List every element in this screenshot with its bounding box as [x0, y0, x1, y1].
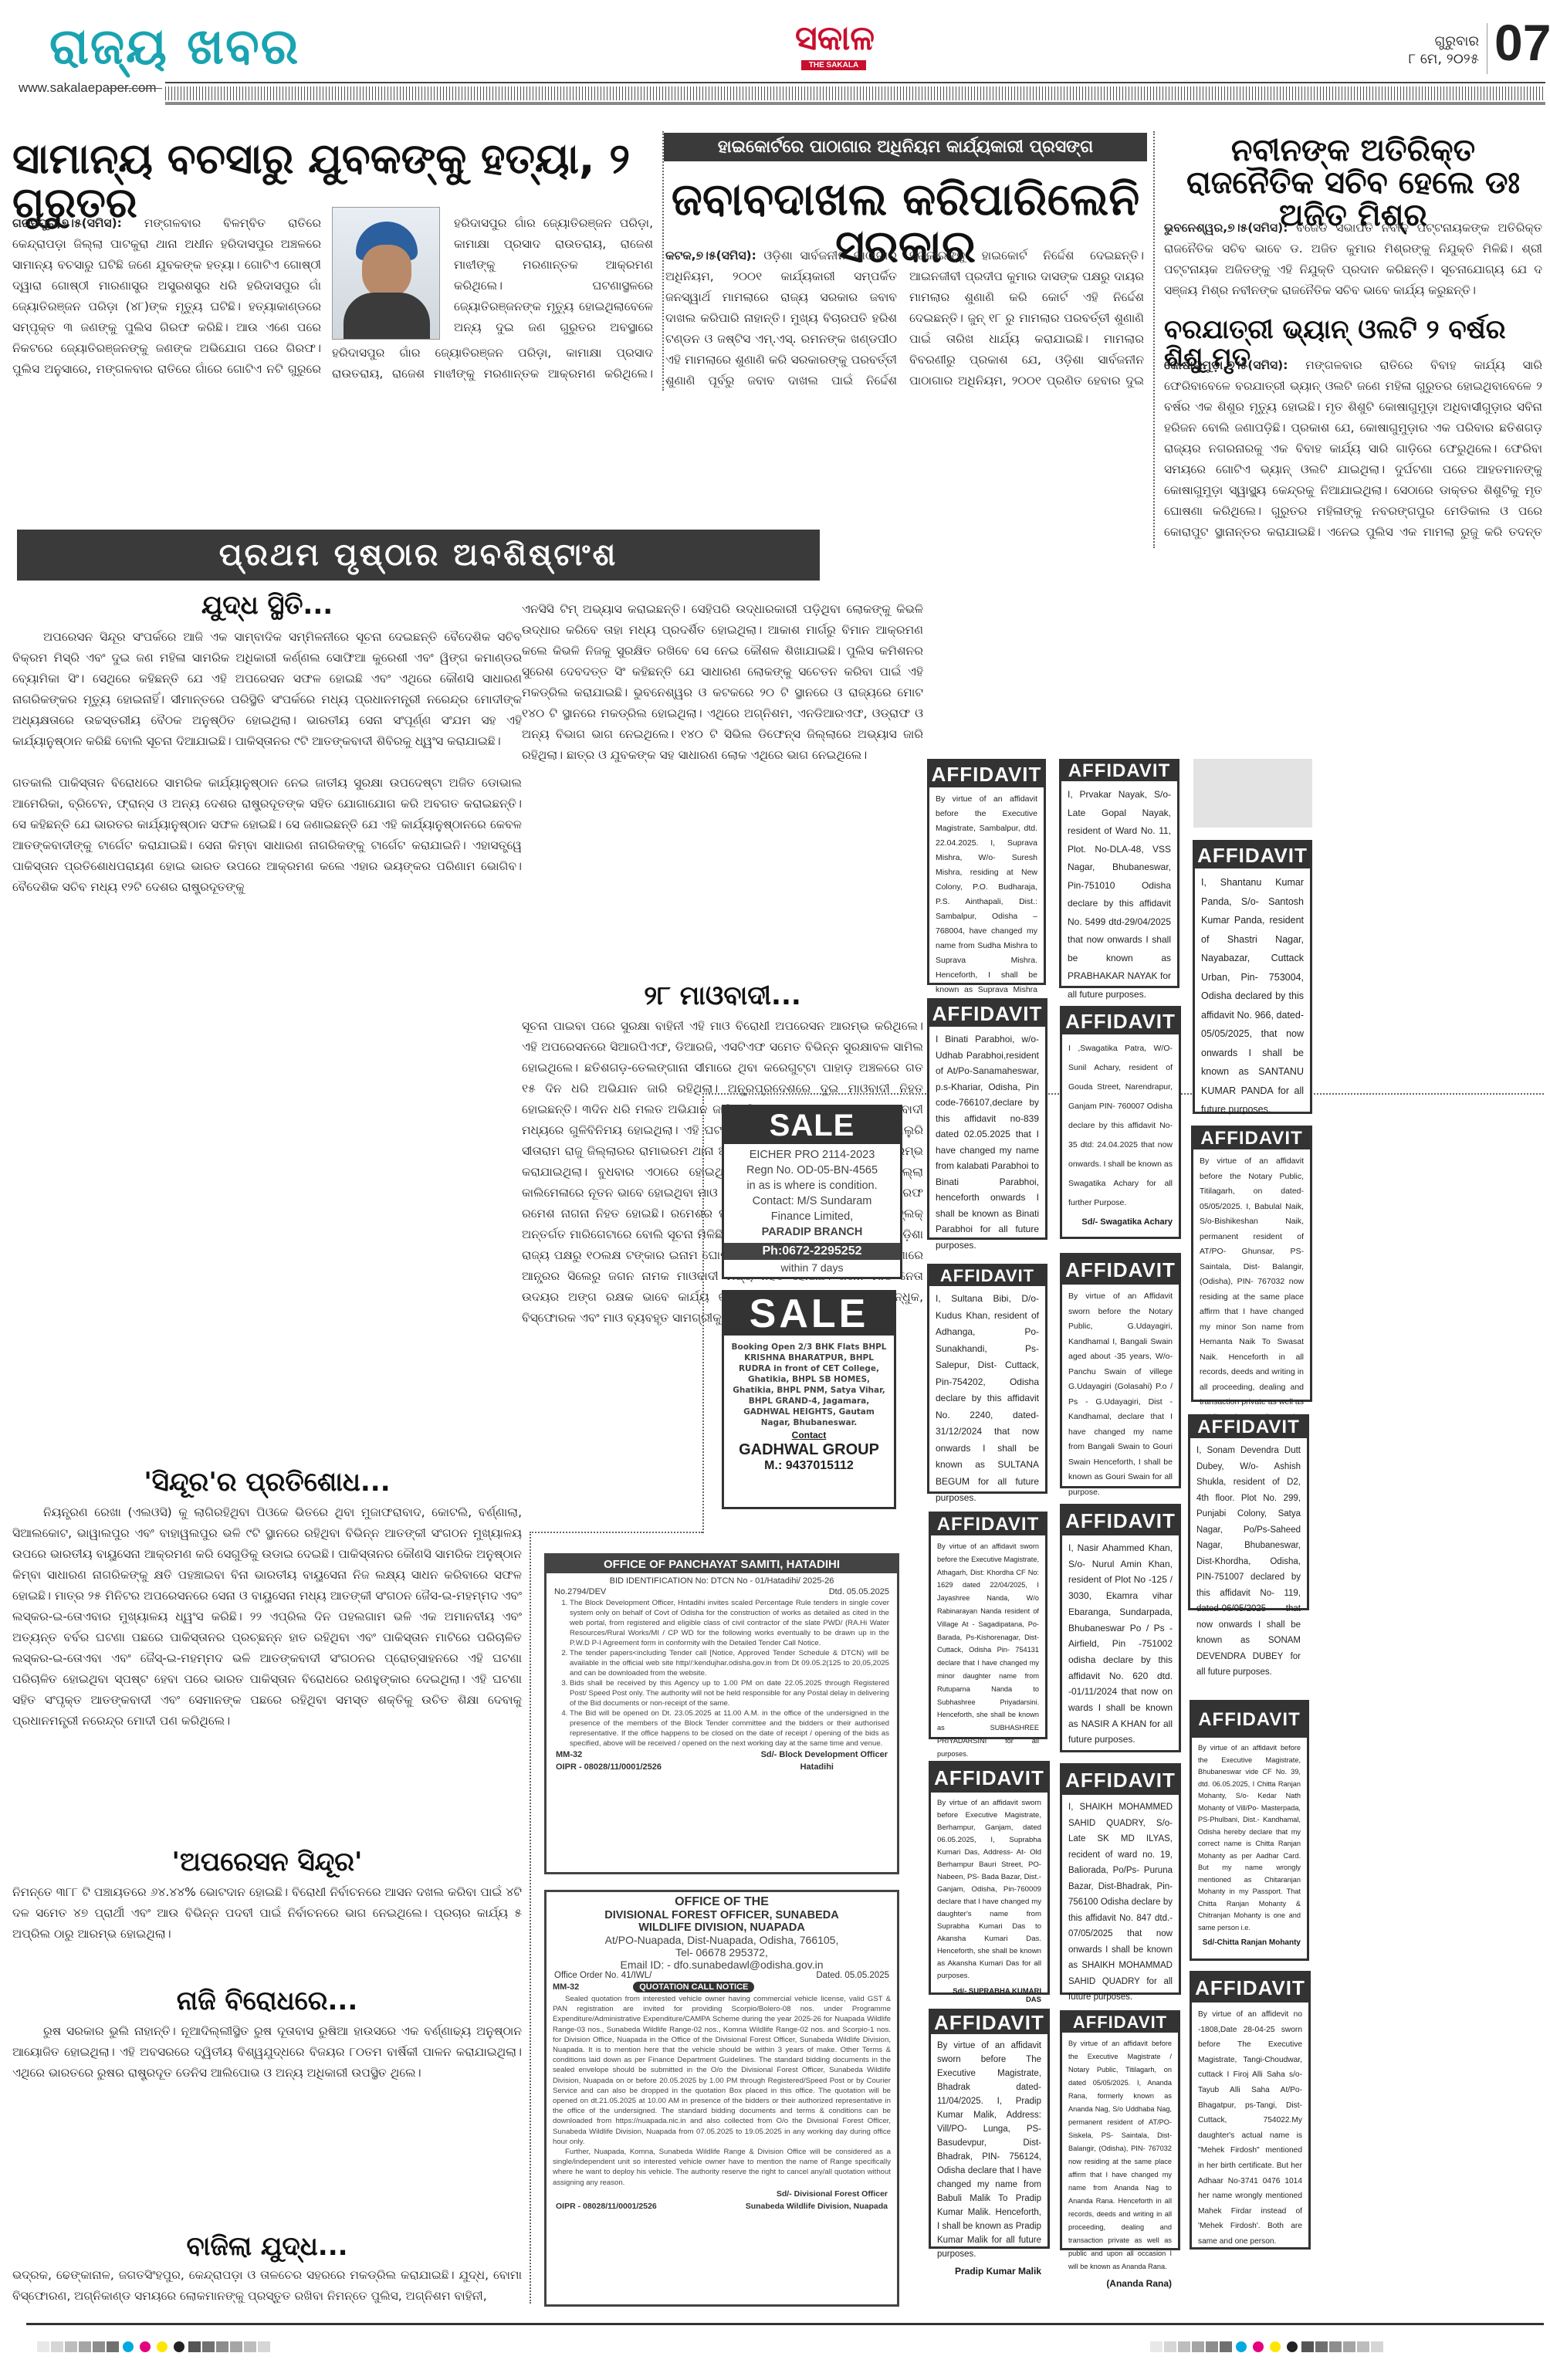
- ad-title: AFFIDAVIT: [1062, 1255, 1179, 1285]
- grey-swatch: [37, 2341, 49, 2352]
- dfo-body-2: Further, Nuapada, Komna, Sunabeda Wildli…: [547, 2147, 897, 2188]
- ad-body: Booking Open 2/3 BHK Flats BHPL KRISHNA …: [724, 1336, 894, 1428]
- subhead-against-nazi: ନାଜି ବିରୋଧରେ...: [12, 1986, 522, 2016]
- ad-line: Contact: M/S Sundaram: [729, 1193, 895, 1209]
- yellow-dot: [1270, 2341, 1281, 2352]
- sale-ad-eicher: SALE EICHER PRO 2114-2023 Regn No. OD-05…: [722, 1105, 902, 1279]
- dateline: କଟକ,୭।୫(ସମିସ):: [665, 249, 756, 262]
- grey-swatch: [79, 2341, 91, 2352]
- affidavit-notice: AFFIDAVIT I, Sultana Bibi, D/o- Kudus Kh…: [927, 1264, 1047, 1494]
- grey-swatch: [216, 2341, 228, 2352]
- newspaper-logo: ସକାଳ THE SAKALA: [795, 22, 872, 70]
- affidavit-notice: AFFIDAVIT I, SHAIKH MOHAMMED SAHID QUADR…: [1060, 1763, 1181, 1995]
- grey-swatch: [1220, 2341, 1232, 2352]
- affidavit-notice: AFFIDAVIT By virtue of an affidavit swor…: [929, 1761, 1050, 1995]
- color-registration-bar: [37, 2341, 270, 2352]
- dateline: ଗରଦପୁର,୭।୫(ସମିସ):: [12, 216, 122, 230]
- ad-signature: Sd/-Chitta Ranjan Mohanty: [1192, 1938, 1307, 1952]
- ad-title: AFFIDAVIT: [1193, 1128, 1310, 1149]
- story-body: ହରିଦାସପୁର ଗାଁର ଜ୍ୟୋତିରଞ୍ଜନ ପରିଡ଼ା, କାମାକ…: [332, 346, 653, 384]
- notice-row: MM-32 QUOTATION CALL NOTICE: [547, 1980, 897, 1994]
- affidavit-notice: AFFIDAVIT By virtue of an Affidavit swor…: [1060, 1253, 1181, 1488]
- column-divider: [530, 1532, 531, 2304]
- grey-swatch: [65, 2341, 77, 2352]
- tender-footer: MM-32 Sd/- Block Development Officer: [547, 1749, 897, 1761]
- grey-swatch: [1301, 2341, 1314, 2352]
- grey-swatch: [1343, 2341, 1355, 2352]
- photo-body: [344, 293, 430, 339]
- ad-title: AFFIDAVIT: [1062, 1008, 1179, 1034]
- ad-body: By virtue of an affidavit sworn before T…: [931, 2034, 1047, 2266]
- ad-body: I, Sonam Devendra Dutt Dubey, W/o- Ashis…: [1190, 1438, 1307, 1685]
- ad-title: AFFIDAVIT: [1062, 2013, 1178, 2033]
- ad-phone: Ph:0672-2295252: [724, 1243, 900, 1260]
- tender-item: The tender papers<including Tender call …: [570, 1648, 889, 1678]
- date-block: ଗୁରୁବାର ୮ ମେ, ୨୦୨୫: [1409, 32, 1479, 69]
- grey-swatch: [244, 2341, 256, 2352]
- ad-body: I, SHAIKH MOHAMMED SAHID QUADRY, S/o- La…: [1062, 1795, 1179, 2010]
- brand-tagline: THE SAKALA: [801, 60, 866, 70]
- magenta-dot: [140, 2341, 151, 2352]
- tender-notice-hatadihi: OFFICE OF PANCHAYAT SAMITI, HATADIHI BID…: [544, 1553, 899, 1874]
- divider: [1487, 23, 1487, 74]
- news-photo: [332, 207, 440, 340]
- ad-title: AFFIDAVIT: [929, 761, 1044, 787]
- grey-swatch: [1315, 2341, 1328, 2352]
- story-body: ସରକାରଙ୍କୁ ହାଇକୋର୍ଟ ନିର୍ଦ୍ଦେଶ ଦେଇଛନ୍ତି। ଆ…: [909, 249, 1144, 392]
- photo-face: [362, 245, 411, 299]
- order-date: Dated. 05.05.2025: [816, 1971, 889, 1980]
- dfo-body: Sealed quotation from interested vehicle…: [547, 1994, 897, 2147]
- ad-title: AFFIDAVIT: [1062, 1766, 1179, 1795]
- affidavit-notice: AFFIDAVIT I, Prvakar Nayak, S/o-Late Gop…: [1059, 759, 1179, 988]
- ad-body: By virtue of an affidavit sworn before t…: [931, 1535, 1045, 1766]
- affidavit-notice: AFFIDAVIT By virtue of an affidavit befo…: [1191, 1126, 1312, 1402]
- ad-title: AFFIDAVIT: [1192, 1973, 1308, 2003]
- grey-swatch: [51, 2341, 63, 2352]
- story-body: ହରିଦାସପୁର ଗାଁର ଜ୍ୟୋତିରଞ୍ଜନ ପରିଡ଼ା, କାମାକ…: [454, 216, 653, 338]
- section-body: ନିୟନ୍ତ୍ରଣ ରେଖା (ଏଲଓସି) କୁ ଲାଗିରହିଥିବା ପି…: [12, 1502, 522, 1842]
- grey-swatch: [1164, 2341, 1176, 2352]
- grey-swatch: [1371, 2341, 1383, 2352]
- ad-title: AFFIDAVIT: [1061, 761, 1177, 781]
- grey-swatch: [107, 2341, 119, 2352]
- lead-story-col2: ହରିଦାସପୁର ଗାଁର ଜ୍ୟୋତିରଞ୍ଜନ ପରିଡ଼ା, କାମାକ…: [454, 213, 653, 338]
- section-body: ଅପରେସନ ସିନ୍ଦୂର ସଂପର୍କରେ ଆଜି ଏକ ସାମ୍ବାଦିକ…: [12, 627, 522, 1468]
- black-dot: [1287, 2341, 1298, 2352]
- story-body: ଓଡ଼ିଶା ସାର୍ବଜନୀନ ପାଠାଗାର ଅଧିନିୟମ, ୨୦୦୧ କ…: [665, 249, 897, 392]
- sale-ad-flats: SALE Booking Open 2/3 BHK Flats BHPL KRI…: [722, 1290, 896, 1509]
- tender-item: The Bid will be opened on Dt. 23.05.2025…: [570, 1708, 889, 1749]
- affidavit-notice: AFFIDAVIT By virtue of an affidavit befo…: [1190, 1700, 1309, 1961]
- court-story-col2: ସରକାରଙ୍କୁ ହାଇକୋର୍ଟ ନିର୍ଦ୍ଦେଶ ଦେଇଛନ୍ତି। ଆ…: [909, 245, 1144, 392]
- decorative-stripe: [165, 86, 1545, 100]
- cyan-dot: [123, 2341, 134, 2352]
- signatory-place: Sunabeda Wildlife Division, Nuapada: [746, 2202, 888, 2211]
- story-body: ମଙ୍ଗଳବାର ରାତିରେ ବିବାହ କାର୍ଯ୍ୟ ସାରି ଫେରିବ…: [1164, 358, 1542, 547]
- weekday: ଗୁରୁବାର: [1409, 32, 1479, 50]
- section-body: ଭଦ୍ରକ, ଢେଙ୍କାନାଳ, ଜଗତସିଂହପୁର, କେନ୍ଦ୍ରାପଡ…: [12, 2265, 522, 2311]
- ad-title: AFFIDAVIT: [1195, 842, 1310, 868]
- color-registration-bar: [1150, 2341, 1383, 2352]
- divider: [165, 82, 1545, 83]
- ad-title: SALE: [724, 1107, 900, 1144]
- oipr-code: OIPR - 08028/11/0001/2526: [556, 1762, 662, 1772]
- ad-line: Regn No. OD-05-BN-4565: [729, 1163, 895, 1178]
- tender-footer: OIPR - 08028/11/0001/2526 Hatadihi: [547, 1761, 897, 1773]
- ad-body: I ,Swagatika Patra, W/O- Sunil Achary, r…: [1062, 1034, 1179, 1217]
- ad-body: I, Prvakar Nayak, S/o-Late Gopal Nayak, …: [1061, 781, 1177, 1008]
- dfo-title-1: OFFICE OF THE: [547, 1895, 897, 1909]
- ad-body: I, Shantanu Kumar Panda, S/o- Santosh Ku…: [1195, 868, 1310, 1124]
- section-title: ରାଜ୍ୟ ଖବର: [49, 19, 300, 76]
- section-body: ରୁଷ ସରକାର ଭୁଲି ନାହାନ୍ତି। ନୂଆଦିଲ୍ଲୀସ୍ଥିତ …: [12, 2021, 522, 2229]
- court-story-col1: କଟକ,୭।୫(ସମିସ): ଓଡ଼ିଶା ସାର୍ବଜନୀନ ପାଠାଗାର …: [665, 245, 897, 392]
- ref-no: No.2794/DEV: [554, 1587, 606, 1596]
- affidavit-notice: AFFIDAVIT I, Nasir Ahammed Khan, S/o- Nu…: [1060, 1504, 1181, 1752]
- tender-signatory: Sd/- Block Development Officer: [761, 1750, 888, 1759]
- ad-placeholder: [1193, 759, 1312, 828]
- ad-signature: Sd/- SUPRABHA KUMARI DAS: [931, 1987, 1047, 2009]
- dfo-signatory: Sd/- Divisional Forest Officer: [547, 2188, 897, 2200]
- ad-body: By virtue of an affidavit before the Not…: [1193, 1149, 1310, 1460]
- ad-contact-label: Contact: [724, 1430, 894, 1441]
- ad-signature: Sd/- Swagatika Achary: [1062, 1217, 1179, 1231]
- grey-swatch: [1357, 2341, 1369, 2352]
- dateline: କୋଷାଗୁମୁଡ଼ା,୭।୫(ସମିସ):: [1164, 358, 1288, 372]
- dfo-title-2: DIVISIONAL FOREST OFFICER, SUNABEDA: [547, 1909, 897, 1921]
- dfo-address: At/PO-Nuapada, Dist-Nuapada, Odisha, 766…: [547, 1934, 897, 1946]
- affidavit-notice: AFFIDAVIT I, Sonam Devendra Dutt Dubey, …: [1188, 1414, 1309, 1610]
- brand-name: ସକାଳ: [795, 22, 872, 56]
- ad-branch: PARADIP BRANCH: [729, 1224, 895, 1240]
- ad-title: AFFIDAVIT: [929, 1000, 1045, 1027]
- dfo-code: MM-32: [553, 1982, 579, 1992]
- grey-swatch: [1178, 2341, 1190, 2352]
- subhead-operation-sindoor: 'ଅପରେସନ ସିନ୍ଦୂର': [12, 1847, 522, 1877]
- order-row: Office Order No. 41/IWL/ Dated. 05.05.20…: [547, 1971, 897, 1980]
- grey-swatch: [1192, 2341, 1204, 2352]
- grey-swatch: [1206, 2341, 1218, 2352]
- divider: [165, 102, 1545, 105]
- story-kicker: ହାଇକୋର୍ଟରେ ପାଠାଗାର ଅଧିନିୟମ କାର୍ଯ୍ୟକାରୀ ପ…: [664, 133, 1147, 161]
- ad-signature: (Ananda Rana): [1062, 2278, 1178, 2294]
- right-story-1: ଭୁବନେଶ୍ୱର,୭।୫(ସମିସ): ବିଜେଡି ସଭାପତି ନବୀନ …: [1164, 218, 1542, 303]
- magenta-dot: [1253, 2341, 1264, 2352]
- right-story-2: କୋଷାଗୁମୁଡ଼ା,୭।୫(ସମିସ): ମଙ୍ଗଳବାର ରାତିରେ ବ…: [1164, 355, 1542, 547]
- tender-item: The Block Development Officer, Hntadihi …: [570, 1598, 889, 1648]
- ad-title: AFFIDAVIT: [1192, 1702, 1307, 1738]
- column-divider: [702, 1093, 704, 1533]
- dfo-title-3: WILDLIFE DIVISION, NUAPADA: [547, 1921, 897, 1934]
- ad-body: By virtue of an affidavit before the Exe…: [929, 787, 1044, 1017]
- bid-id: BID IDENTIFICATION No: DTCN No - 01/Hata…: [547, 1576, 897, 1586]
- black-dot: [174, 2341, 184, 2352]
- ad-line: Finance Limited,: [729, 1209, 895, 1224]
- tender-code: MM-32: [556, 1750, 582, 1759]
- ad-body: By virtue of an affidavit before the Exe…: [1062, 2033, 1178, 2278]
- affidavit-notice: AFFIDAVIT I Binati Parabhoi, w/o-Udhab P…: [927, 998, 1047, 1240]
- grey-swatch: [93, 2341, 105, 2352]
- ad-title: AFFIDAVIT: [931, 1763, 1047, 1793]
- ad-body: By virtue of an affidavit before the Exe…: [1192, 1738, 1307, 1938]
- tender-notice-dfo: OFFICE OF THE DIVISIONAL FOREST OFFICER,…: [544, 1890, 899, 2307]
- section-body: ଏନସିସି ଟିମ୍ ଅଭ୍ୟାସ କରାଇଛନ୍ତି। ସେହିପରି ଉଦ…: [522, 599, 923, 982]
- signatory-place: Hatadihi: [800, 1762, 834, 1772]
- oipr-code: OIPR - 08028/11/0001/2526: [556, 2202, 657, 2211]
- grey-swatch: [258, 2341, 270, 2352]
- ad-company: GADHWAL GROUP: [724, 1441, 894, 1459]
- ad-body: By virtue of an affidavit sworn before E…: [931, 1793, 1047, 1987]
- divider: [108, 88, 162, 89]
- column-divider: [1153, 131, 1155, 548]
- cyan-dot: [1236, 2341, 1247, 2352]
- lead-story-col2-cont: ହରିଦାସପୁର ଗାଁର ଜ୍ୟୋତିରଞ୍ଜନ ପରିଡ଼ା, କାମାକ…: [332, 343, 653, 384]
- ad-body: I Binati Parabhoi, w/o-Udhab Parabhoi,re…: [929, 1027, 1045, 1258]
- ad-title: AFFIDAVIT: [929, 1266, 1045, 1286]
- grey-swatch: [1329, 2341, 1342, 2352]
- grey-swatch: [202, 2341, 215, 2352]
- ad-body: I, Nasir Ahammed Khan, S/o- Nurul Amin K…: [1062, 1535, 1179, 1752]
- subhead-war-bells: ବାଜିଲା ଯୁଦ୍ଧ...: [12, 2231, 522, 2262]
- section-body: ନିମନ୍ତେ ୩୮୮ ଟି ପଞ୍ଚାୟତରେ ୬୪.୪୪% ଭୋଟଦାନ ହ…: [12, 1882, 522, 1984]
- issue-date: ୮ ମେ, ୨୦୨୫: [1409, 50, 1479, 68]
- affidavit-notice: AFFIDAVIT By virtue of an affidevit no -…: [1190, 1971, 1311, 2250]
- story-body: ମଙ୍ଗଳବାର ବିଳମ୍ବିତ ରାତିରେ କେନ୍ଦ୍ରାପଡ଼ା ଜି…: [12, 216, 321, 383]
- ad-line: in as is where is condition.: [729, 1178, 895, 1193]
- bottom-rule: [26, 2323, 1544, 2325]
- dateline: ଭୁବନେଶ୍ୱର,୭।୫(ସମିସ):: [1164, 221, 1288, 235]
- dfo-footer: OIPR - 08028/11/0001/2526 Sunabeda Wildl…: [547, 2200, 897, 2212]
- dfo-tel: Tel- 06678 295372,: [547, 1946, 897, 1959]
- tender-items: The Block Development Officer, Hntadihi …: [547, 1598, 897, 1749]
- affidavit-notice: AFFIDAVIT By virtue of an affidavit befo…: [927, 759, 1046, 985]
- page-number: 07: [1494, 17, 1550, 68]
- affidavit-notice: AFFIDAVIT I, Shantanu Kumar Panda, S/o- …: [1193, 840, 1312, 1114]
- ad-mobile: M.: 9437015112: [724, 1459, 894, 1473]
- order-no: Office Order No. 41/IWL/: [554, 1971, 651, 1980]
- grey-swatch: [230, 2341, 242, 2352]
- ad-footer: within 7 days: [724, 1260, 900, 1275]
- ad-title: AFFIDAVIT: [931, 1514, 1045, 1535]
- ad-line: EICHER PRO 2114-2023: [729, 1147, 895, 1163]
- ref-row: No.2794/DEV Dtd. 05.05.2025: [547, 1586, 897, 1598]
- affidavit-notice: AFFIDAVIT I ,Swagatika Patra, W/O- Sunil…: [1060, 1006, 1181, 1239]
- ad-signature: Pradip Kumar Malik: [931, 2266, 1047, 2281]
- ad-title: SALE: [724, 1292, 894, 1336]
- ad-title: AFFIDAVIT: [931, 2011, 1047, 2034]
- notice-label: QUOTATION CALL NOTICE: [633, 1982, 754, 1992]
- ad-title: AFFIDAVIT: [1062, 1506, 1179, 1535]
- affidavit-notice: AFFIDAVIT By virtue of an affidavit swor…: [929, 1512, 1047, 1739]
- subhead-war-situation: ଯୁଦ୍ଧ ସ୍ଥିତି...: [12, 590, 522, 621]
- grey-swatch: [1150, 2341, 1162, 2352]
- section-divider: [530, 1532, 702, 1533]
- dfo-email[interactable]: Email ID: - dfo.sunabedawl@odisha.gov.in: [547, 1959, 897, 1971]
- yellow-dot: [157, 2341, 168, 2352]
- tender-item: Bids shall be received by this Agency up…: [570, 1678, 889, 1708]
- affidavit-notice: AFFIDAVIT By virtue of an affidavit befo…: [1060, 2010, 1180, 2250]
- ref-date: Dtd. 05.05.2025: [829, 1587, 889, 1596]
- ad-body: EICHER PRO 2114-2023 Regn No. OD-05-BN-4…: [724, 1144, 900, 1243]
- tender-title: OFFICE OF PANCHAYAT SAMITI, HATADIHI: [547, 1556, 897, 1573]
- lead-story-col1: ଗରଦପୁର,୭।୫(ସମିସ): ମଙ୍ଗଳବାର ବିଳମ୍ବିତ ରାତି…: [12, 213, 321, 383]
- continuation-banner: ପ୍ରଥମ ପୃଷ୍ଠାର ଅବଶିଷ୍ଟାଂଶ: [17, 530, 820, 581]
- ad-body: By virtue of an affidevit no -1808,Date …: [1192, 2003, 1308, 2254]
- subhead-28-maoists: ୨୮ ମାଓବାଦୀ...: [522, 980, 923, 1011]
- ad-body: I, Sultana Bibi, D/o- Kudus Khan, reside…: [929, 1286, 1045, 1512]
- ad-title: AFFIDAVIT: [1190, 1417, 1307, 1438]
- grey-swatch: [188, 2341, 201, 2352]
- affidavit-notice: AFFIDAVIT By virtue of an affidavit swor…: [929, 2009, 1050, 2249]
- ad-body: By virtue of an Affidavit sworn before t…: [1062, 1285, 1179, 1505]
- subhead-sindoor-revenge: 'ସିନ୍ଦୂର'ର ପ୍ରତିଶୋଧ...: [12, 1467, 522, 1498]
